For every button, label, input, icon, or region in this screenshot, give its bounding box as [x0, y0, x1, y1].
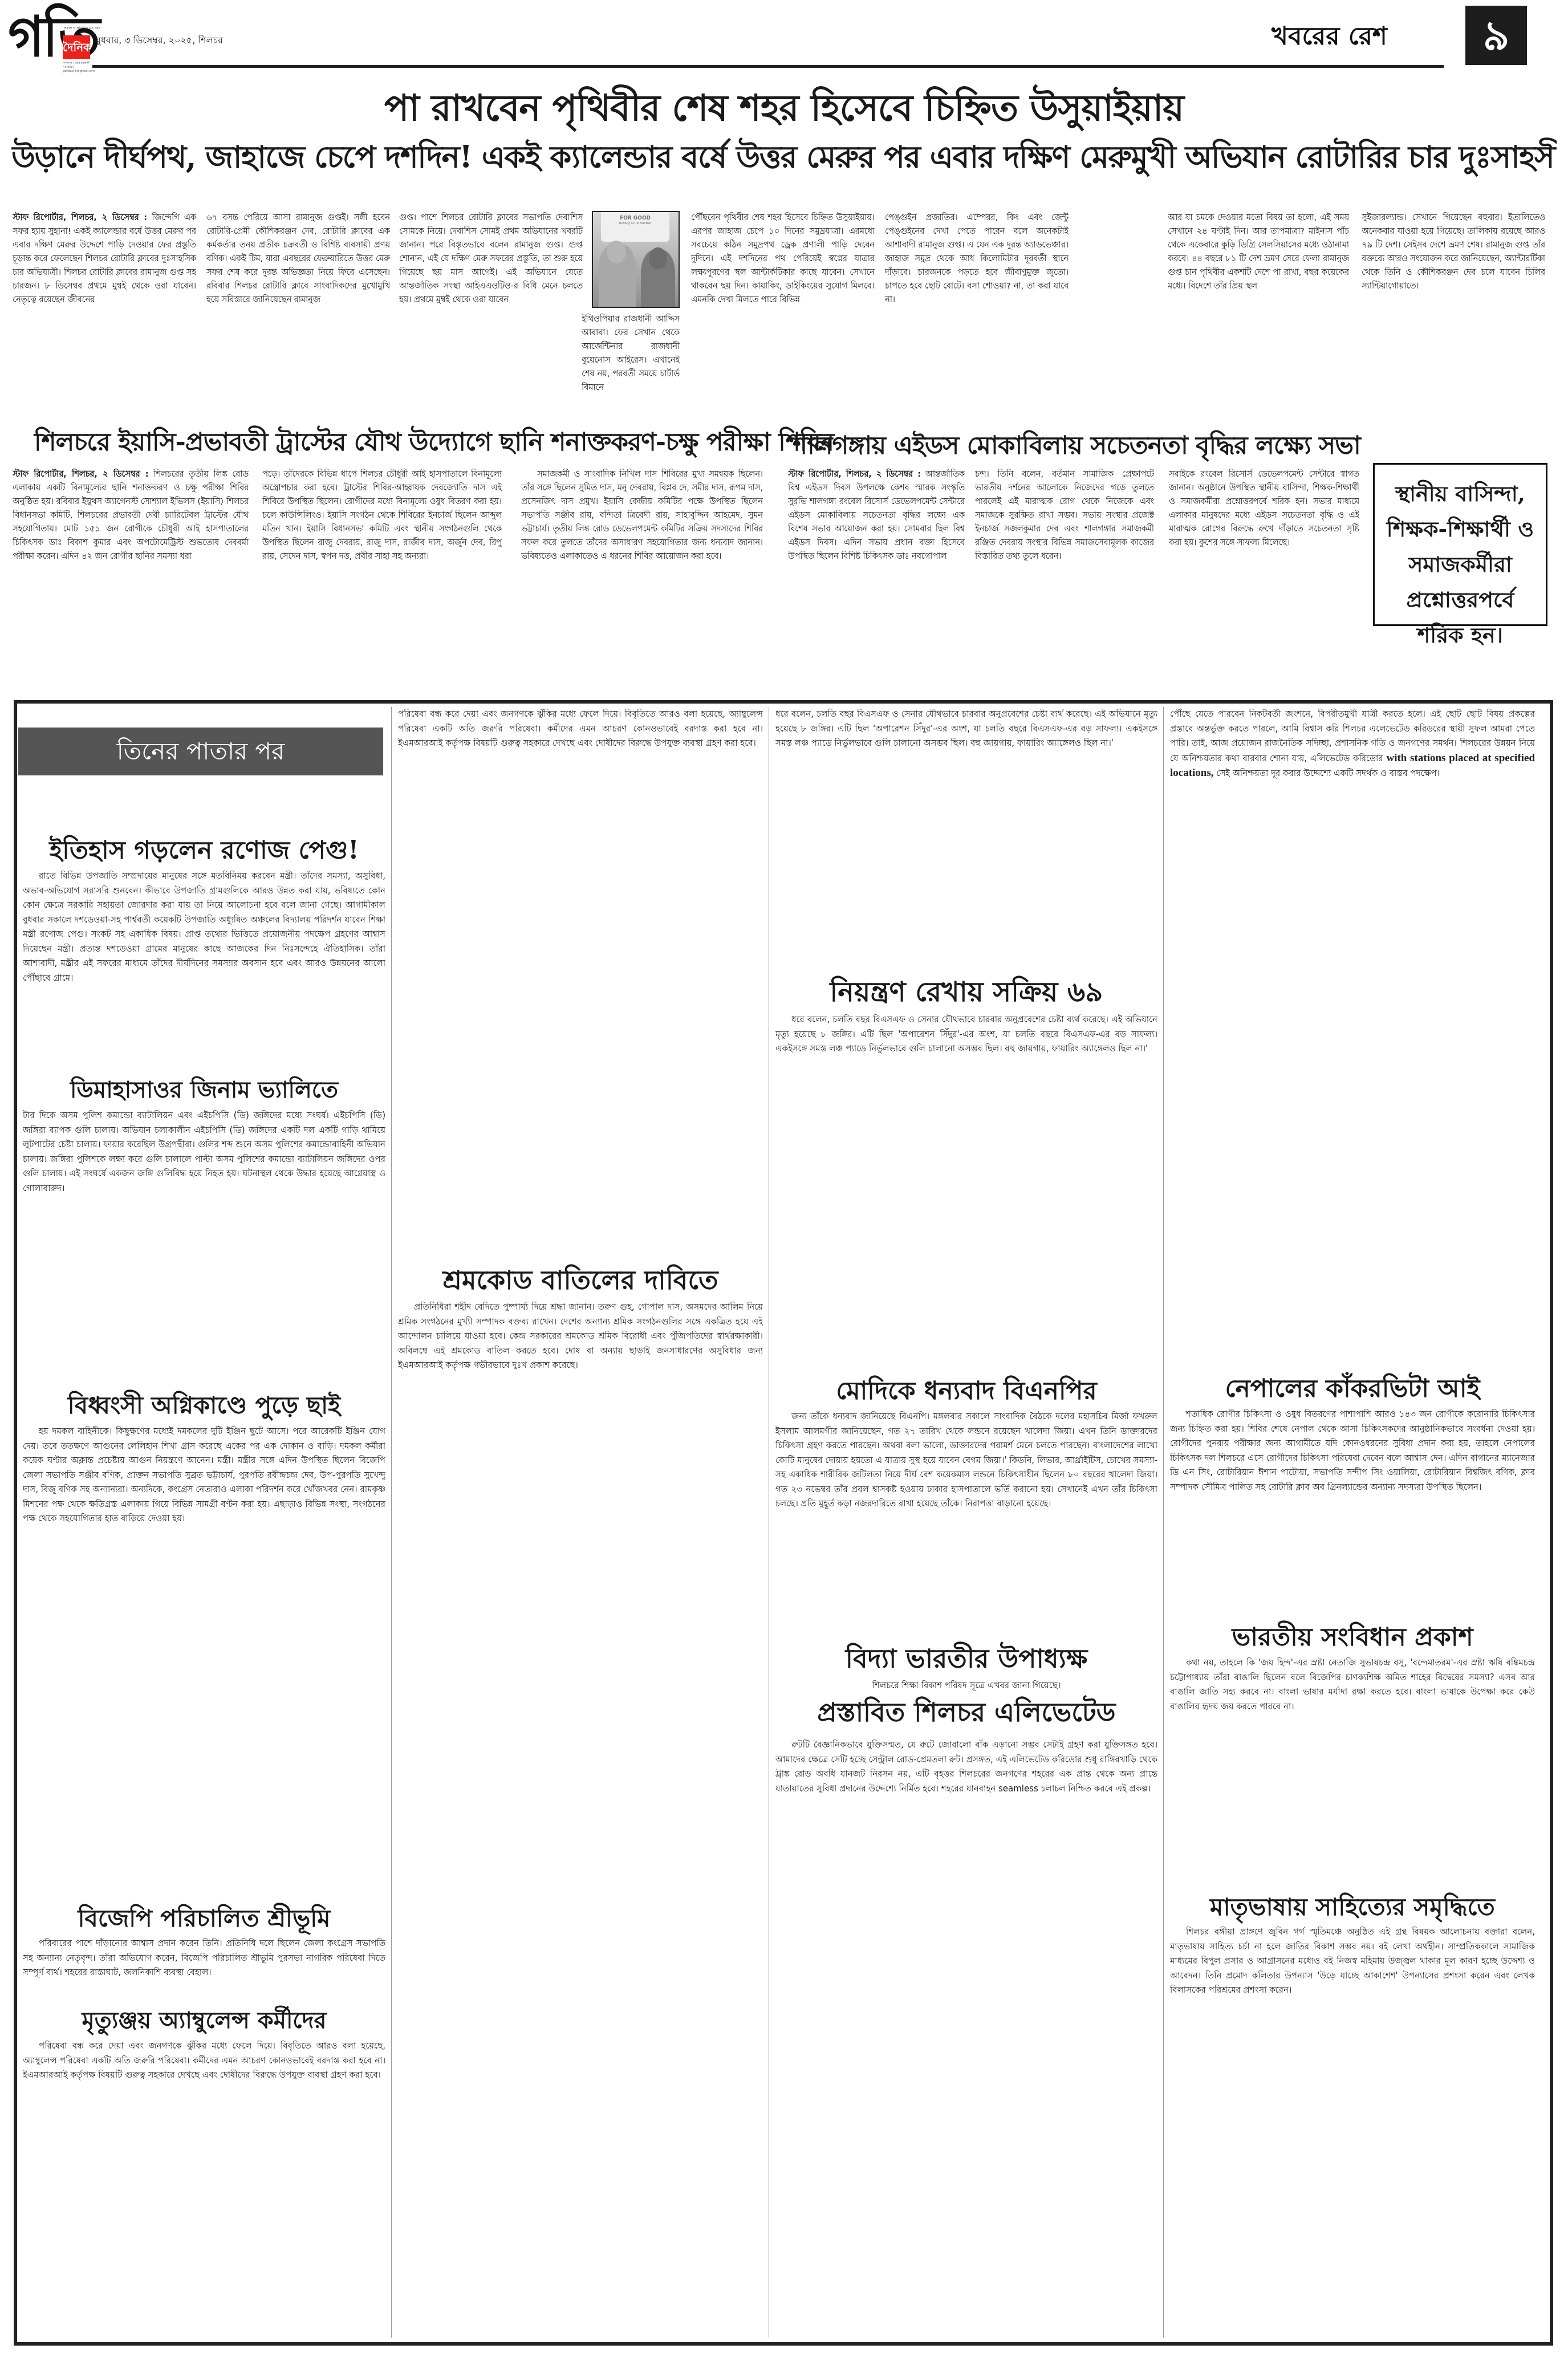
- story-headline-bnp: মোদিকে ধন্যবাদ বিএনপির: [775, 1376, 1157, 1407]
- story-headline-dima-hasao: ডিমাহাসাওর জিনাম ভ্যালিতে: [23, 1076, 385, 1104]
- lead-column-3: গুপ্ত। পাশে শিলচর রোটারি ক্লাবের সভাপতি …: [399, 211, 583, 405]
- story-headline-ambulance: মৃত্যুঞ্জয় অ্যাম্বুলেন্স কর্মীদের: [23, 2007, 385, 2034]
- lead-photo: FOR GOOD Rotary Club Silchar: [592, 211, 680, 308]
- badge-contact: সম্পাদক : সমর চক্রবর্তী / e-mail : gatid…: [63, 62, 90, 74]
- story-headline-constitution: ভারতীয় সংবিধান প্রকাশ: [1170, 1623, 1535, 1653]
- lead-byline: স্টাফ রিপোর্টার, শিলচর, ২ ডিসেম্বর :: [13, 213, 147, 222]
- story-body-ambulance: পরিষেবা বন্ধ করে দেয়া এবং জনগণকে ঝুঁকির…: [23, 2039, 385, 2335]
- lead-headline: পা রাখবেন পৃথিবীর শেষ শহর হিসেবে চিহ্নিত…: [0, 86, 1568, 131]
- aids-column-2: চন্দ। তিনি বলেন, বর্তমান সামাজিক প্রেক্ষ…: [975, 468, 1154, 633]
- column-divider: [391, 707, 392, 2338]
- story-headline-sribhumi: বিজেপি পরিচালিত শ্রীভূমি: [23, 1904, 385, 1933]
- story-headline-labour-code: শ্রমকোড বাতিলের দাবিতে: [398, 1265, 763, 1296]
- story-body-corridor-cont: পৌঁছে যেতে পারবেন নিকটবর্তী জংশনে, বিপরী…: [1170, 707, 1535, 1259]
- eye-camp-column-3: সমাজকর্মী ও সাংবাদিক নিখিল দাস শিবিরের ম…: [521, 468, 763, 633]
- story-headline-fire: বিধ্বংসী অগ্নিকাণ্ডে পুড়ে ছাই: [23, 1391, 385, 1420]
- story-headline-nepal-eye: নেপালের কাঁকরভিটা আই: [1170, 1374, 1535, 1404]
- story-body-mother-tongue: শিলচর বঙ্গীয়া প্রাঙ্গণে জুবিন গর্গ স্মৃ…: [1170, 1925, 1535, 2335]
- masthead-rule: [92, 65, 1444, 68]
- story-body-ambulance-cont: পরিষেবা বন্ধ করে দেয়া এবং জনগণকে ঝুঁকির…: [398, 707, 763, 1254]
- dateline: বুধবার, ৩ ডিসেম্বর, ২০২৫, শিলচর: [96, 33, 223, 48]
- story-body-nepal-eye: শতাধিক রোগীর চিকিৎসা ও ওষুধ বিতরণের পাশা…: [1170, 1407, 1535, 1624]
- story-body-bnp: জন্য তাঁকে ধন্যবাদ জানিয়েছে বিএনপি। মঙ্…: [775, 1409, 1157, 1637]
- eye-camp-column-2: পড়ে। তাঁদেরকে বিভিন্ন ধাপে শিলচর চৌধুরী…: [262, 468, 502, 639]
- lead-column-4: ইথিওপিয়ার রাজধানী আদ্দিস আবাবা। ফের সেখ…: [582, 312, 680, 404]
- badge-tagline: প্রকাশ ও প্রতিষ্ঠান ৬৩ বছর: [64, 25, 100, 31]
- aids-column-1: স্টাফ রিপোর্টার, শিলচর, ২ ডিসেম্বর : আন্…: [788, 468, 965, 633]
- story-headline-loc: নিয়ন্ত্রণ রেখায় সক্রিয় ৬৯: [775, 976, 1157, 1009]
- story-body-loc: ধরে বলেন, চলতি বছর বিএসএফ ও সেনার যৌথভাব…: [775, 1013, 1157, 1366]
- story-body-constitution: কথা নয়, তাহলে কি 'জয় হিন্দ'-এর স্রষ্টা…: [1170, 1656, 1535, 1884]
- photo-banner: FOR GOOD Rotary Club Silchar: [601, 212, 669, 242]
- lead-column-8: সুইজারল্যান্ড। সেখানে গিয়েছেন বহুবার। ই…: [1362, 211, 1545, 405]
- aids-pull-quote: স্থানীয় বাসিন্দা, শিক্ষক-শিক্ষার্থী ও স…: [1373, 463, 1547, 626]
- story-body-vidya-bharati: শিলচরে শিক্ষা বিকাশ পরিষদ সূত্রে এখবর জা…: [775, 1679, 1157, 1693]
- aids-column-3: সবাইকে রংবেল রিসোর্স ডেভেলপমেন্ট সেন্টার…: [1169, 468, 1359, 633]
- story-headline-vidya-bharati: বিদ্যা ভারতীর উপাধ্যক্ষ: [775, 1643, 1157, 1675]
- eye-camp-headline: শিলচরে ইয়াসি-প্রভাবতী ট্রাস্টের যৌথ উদ্…: [34, 425, 775, 460]
- lead-column-1: স্টাফ রিপোর্টার, শিলচর, ২ ডিসেম্বর : জিন…: [13, 211, 196, 405]
- aids-headline: শালগঙ্গায় এইডস মোকাবিলায় সচেতনতা বৃদ্ধ…: [793, 429, 1551, 463]
- story-headline-elevated-corridor: প্রস্তাবিত শিলচর এলিভেটেড: [775, 1697, 1157, 1728]
- story-body-labour-code: প্রতিনিধিরা শহীদ বেদিতে পুষ্পার্ঘ্য দিয়…: [398, 1300, 763, 2338]
- lead-column-5: পৌঁছবেন পৃথিবীর শেষ শহর হিসেবে চিহ্নিত উ…: [691, 211, 875, 405]
- lead-column-6: পেঙ্গুইন প্রজাতির। এম্পেরর, কিং এবং জেন্…: [885, 211, 1069, 405]
- continued-banner: তিনের পাতার পর: [18, 728, 383, 775]
- column-divider: [1163, 707, 1164, 2338]
- section-title: খবরের রেশ: [1272, 17, 1387, 59]
- eye-camp-column-1: স্টাফ রিপোর্টার, শিলচর, ২ ডিসেম্বর : শিল…: [13, 468, 249, 639]
- lead-subheadline: উড়ানে দীর্ঘপথ, জাহাজে চেপে দশদিন! একই ক…: [11, 136, 1557, 178]
- story-body-ranoj-pegu: রাতে বিভিন্ন উপজাতি সম্প্রদায়ের মানুষের…: [23, 869, 385, 1074]
- story-headline-ranoj-pegu: ইতিহাস গড়লেন রণোজ পেগু!: [23, 836, 385, 866]
- lead-column-2: ৬৭ বসন্ত পেরিয়ে আসা রামানুজ গুপ্তই। সঙ্…: [206, 211, 390, 405]
- story-body-loc-lead: ধরে বলেন, চলতি বছর বিএসএফ ও সেনার যৌথভাব…: [775, 707, 1157, 969]
- story-body-sribhumi: পরিবারের পাশে দাঁড়ানোর আশ্বাস প্রদান কর…: [23, 1936, 385, 1993]
- story-headline-mother-tongue: মাতৃভাষায় সাহিত্যের সমৃদ্ধিতে: [1170, 1893, 1535, 1921]
- dainik-badge: দৈনিক: [63, 35, 90, 59]
- lead-column-7: আর যা চমকে দেওয়ার মতো বিষয় তা হলো, এই …: [1168, 211, 1349, 405]
- story-body-elevated-corridor: রুটটি বৈজ্ঞানিকভাবে যুক্তিসম্মত, যে রুটে…: [775, 1738, 1157, 2336]
- story-body-fire: হয় দমকল বাহিনীকে। কিছুক্ষণের মধ্যেই দমক…: [23, 1424, 385, 1892]
- page-number: ৯: [1465, 6, 1527, 65]
- column-divider: [769, 707, 769, 2338]
- masthead: গতি প্রকাশ ও প্রতিষ্ঠান ৬৩ বছর দৈনিক সম্…: [0, 0, 1568, 74]
- story-body-dima-hasao: টার দিকে অসম পুলিশ কমান্ডো ব্যাটালিয়ন এ…: [23, 1108, 385, 1382]
